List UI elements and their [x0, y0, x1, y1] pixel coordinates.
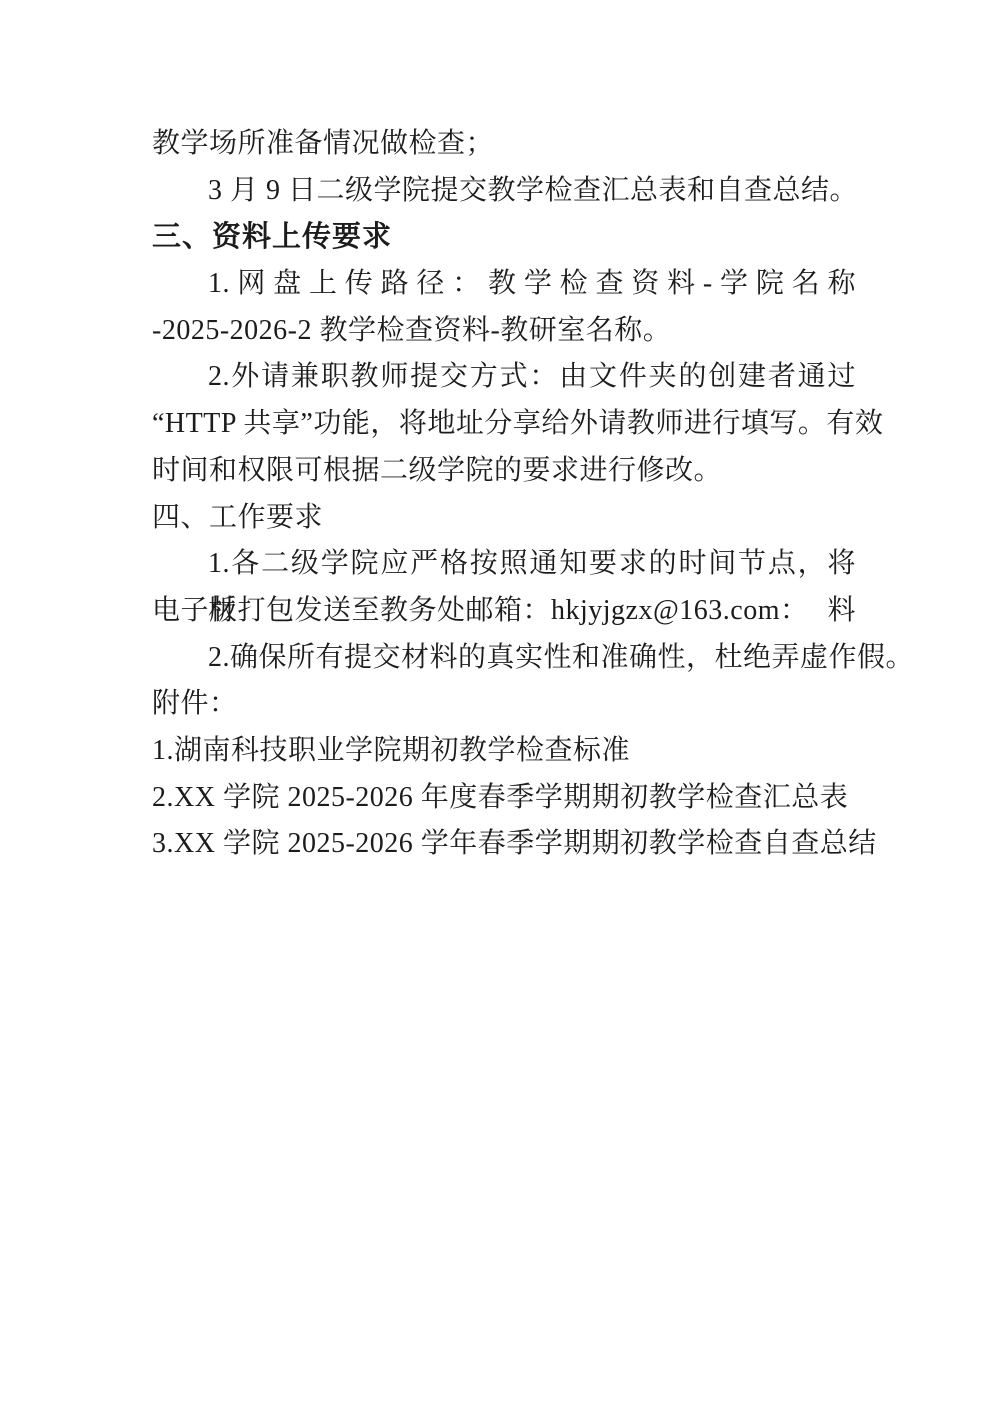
- document-body: 教学场所准备情况做检查； 3 月 9 日二级学院提交教学检查汇总表和自查总结。 …: [152, 121, 856, 868]
- document-line: 2.外请兼职教师提交方式：由文件夹的创建者通过: [152, 354, 856, 401]
- document-line: 教学场所准备情况做检查；: [152, 121, 856, 168]
- document-line: -2025-2026-2 教学检查资料-教研室名称。: [152, 308, 856, 355]
- document-line: 3 月 9 日二级学院提交教学检查汇总表和自查总结。: [152, 168, 856, 215]
- document-page: 教学场所准备情况做检查； 3 月 9 日二级学院提交教学检查汇总表和自查总结。 …: [0, 0, 1000, 1415]
- document-line: 电子版打包发送至教务处邮箱：hkjyjgzx@163.com：: [152, 588, 856, 635]
- document-line: 时间和权限可根据二级学院的要求进行修改。: [152, 448, 856, 495]
- document-line: 1.各二级学院应严格按照通知要求的时间节点，将材料: [152, 541, 856, 588]
- attachment-item: 2.XX 学院 2025-2026 年度春季学期期初教学检查汇总表: [152, 775, 856, 822]
- section-heading-3: 三、资料上传要求: [152, 214, 856, 261]
- attachment-item: 1.湖南科技职业学院期初教学检查标准: [152, 728, 856, 775]
- attachment-heading: 附件：: [152, 681, 856, 728]
- section-heading-4: 四、工作要求: [152, 495, 856, 542]
- attachment-item: 3.XX 学院 2025-2026 学年春季学期期初教学检查自查总结: [152, 821, 856, 868]
- document-line: 1.网盘上传路径：教学检查资料-学院名称: [152, 261, 856, 308]
- document-line: 2.确保所有提交材料的真实性和准确性，杜绝弄虚作假。: [152, 635, 856, 682]
- document-line: “HTTP 共享”功能，将地址分享给外请教师进行填写。有效: [152, 401, 856, 448]
